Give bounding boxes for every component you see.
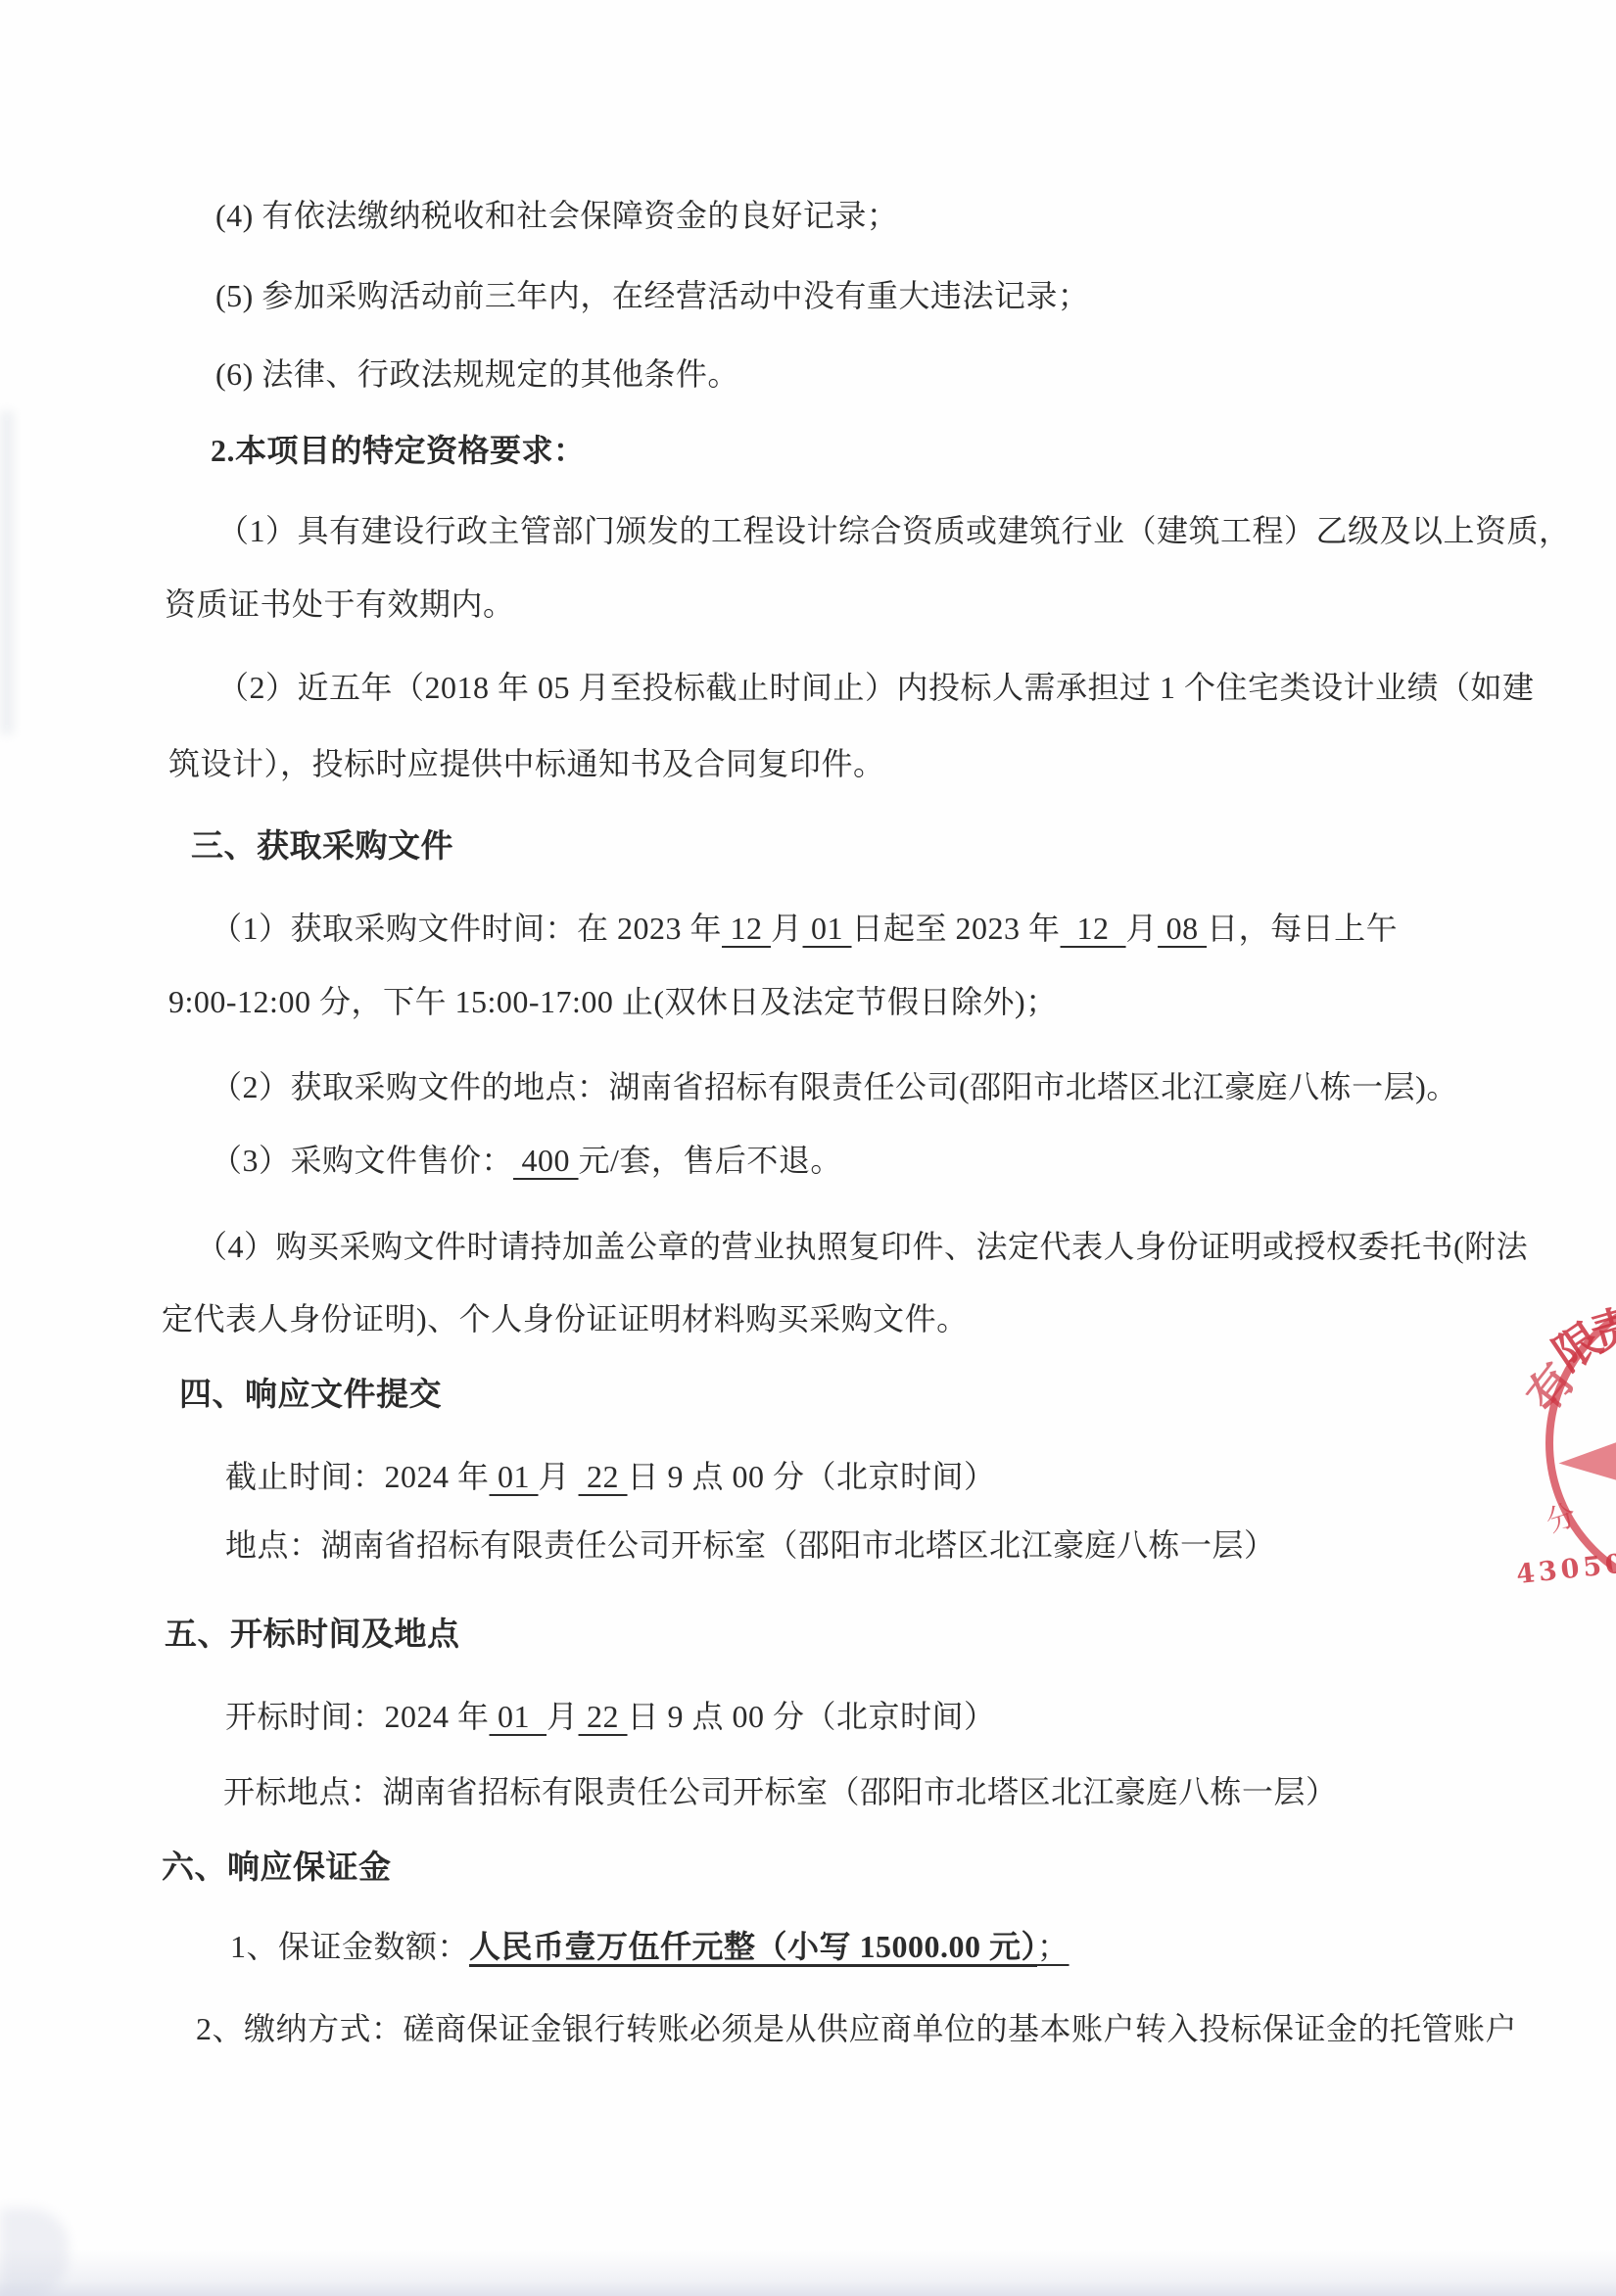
doc-text-segment: 08 [1158, 911, 1207, 946]
doc-line-21: 开标地点：湖南省招标有限责任公司开标室（邵阳市北塔区北江豪庭八栋一层） [223, 1772, 1338, 1811]
doc-text-segment: 01 [490, 1699, 547, 1734]
doc-line-23: 1、保证金数额：人民币壹万伍仟元整（小写 15000.00 元）； [230, 1927, 1069, 1966]
doc-text-segment: 五、开标时间及地点 [165, 1617, 460, 1653]
doc-text-segment: （1）获取采购文件时间：在 2023 年 [211, 911, 722, 946]
doc-text-segment: 日 9 点 00 分（北京时间） [628, 1459, 996, 1494]
doc-text-segment: 月 [539, 1459, 579, 1494]
doc-text-segment: 开标时间：2024 年 [225, 1699, 490, 1734]
doc-text-segment: （3）采购文件售价： [211, 1143, 513, 1178]
doc-line-15: 定代表人身份证明)、个人身份证证明材料购买采购文件。 [162, 1299, 969, 1338]
doc-text-segment: 22 [579, 1699, 628, 1734]
doc-text-segment: 12 [1061, 911, 1126, 946]
doc-text-segment: 日起至 2023 年 [852, 911, 1061, 946]
doc-text-segment: (5) 参加采购活动前三年内，在经营活动中没有重大违法记录； [215, 278, 1089, 313]
doc-line-13: （3）采购文件售价： 400 元/套，售后不退。 [211, 1141, 842, 1180]
doc-text-segment: 开标地点：湖南省招标有限责任公司开标室（邵阳市北塔区北江豪庭八栋一层） [223, 1774, 1338, 1809]
doc-text-segment: 12 [722, 911, 771, 946]
doc-line-5: （1）具有建设行政主管部门颁发的工程设计综合资质或建筑行业（建筑工程）乙级及以上… [217, 511, 1571, 550]
doc-text-segment: 筑设计），投标时应提供中标通知书及合同复印件。 [168, 746, 885, 781]
doc-line-2: (5) 参加采购活动前三年内，在经营活动中没有重大违法记录； [215, 276, 1089, 315]
document-page: (4) 有依法缴纳税收和社会保障资金的良好记录；(5) 参加采购活动前三年内，在… [0, 0, 1616, 2296]
doc-line-14: （4）购买采购文件时请持加盖公章的营业执照复印件、法定代表人身份证明或授权委托书… [196, 1227, 1528, 1266]
doc-text-segment: 月 [1126, 911, 1159, 946]
doc-line-8: 筑设计），投标时应提供中标通知书及合同复印件。 [168, 744, 885, 783]
doc-text-segment: 9:00-12:00 分，下午 15:00-17:00 止(双休日及法定节假日除… [168, 984, 1058, 1019]
doc-text-segment: 月 [547, 1699, 579, 1734]
doc-text-segment: 01 [490, 1459, 539, 1494]
doc-line-16: 四、响应文件提交 [179, 1376, 442, 1416]
doc-line-22: 六、响应保证金 [162, 1849, 392, 1889]
doc-text-segment: 2.本项目的特定资格要求： [211, 433, 586, 468]
doc-text-segment: 截止时间：2024 年 [225, 1459, 490, 1494]
doc-text-segment: 400 [513, 1143, 579, 1178]
doc-line-20: 开标时间：2024 年 01 月 22 日 9 点 00 分（北京时间） [225, 1697, 996, 1736]
doc-text-segment: 01 [803, 911, 852, 946]
doc-text-segment: （4）购买采购文件时请持加盖公章的营业执照复印件、法定代表人身份证明或授权委托书… [196, 1229, 1528, 1264]
doc-text-segment: （2）近五年（2018 年 05 月至投标截止时间止）内投标人需承担过 1 个住… [217, 670, 1535, 705]
doc-line-17: 截止时间：2024 年 01 月 22 日 9 点 00 分（北京时间） [225, 1457, 996, 1496]
doc-text-segment: 月 [771, 911, 803, 946]
doc-text-segment: 2、缴纳方式：磋商保证金银行转账必须是从供应商单位的基本账户转入投标保证金的托管… [196, 2011, 1517, 2046]
doc-line-10: （1）获取采购文件时间：在 2023 年 12 月 01 日起至 2023 年 … [211, 909, 1398, 948]
doc-text-segment: （1）具有建设行政主管部门颁发的工程设计综合资质或建筑行业（建筑工程）乙级及以上… [217, 513, 1571, 548]
doc-line-3: (6) 法律、行政法规规定的其他条件。 [215, 354, 739, 394]
doc-text-segment: 1、保证金数额： [230, 1929, 469, 1964]
doc-text-segment: 日 9 点 00 分（北京时间） [628, 1699, 996, 1734]
doc-line-11: 9:00-12:00 分，下午 15:00-17:00 止(双休日及法定节假日除… [168, 982, 1058, 1021]
doc-text-segment: 元/套，售后不退。 [579, 1143, 842, 1178]
doc-line-9: 三、获取采购文件 [191, 827, 453, 867]
scan-artifact-left-edge [0, 411, 14, 734]
scan-artifact-bottom-edge [0, 2249, 1616, 2296]
doc-line-19: 五、开标时间及地点 [165, 1616, 460, 1656]
doc-line-6: 资质证书处于有效期内。 [165, 585, 515, 624]
doc-line-12: （2）获取采购文件的地点：湖南省招标有限责任公司(邵阳市北塔区北江豪庭八栋一层)… [211, 1067, 1458, 1106]
doc-text-segment: 地点：湖南省招标有限责任公司开标室（邵阳市北塔区北江豪庭八栋一层） [225, 1527, 1276, 1563]
doc-text-segment: （2）获取采购文件的地点：湖南省招标有限责任公司(邵阳市北塔区北江豪庭八栋一层)… [211, 1069, 1458, 1104]
doc-line-7: （2）近五年（2018 年 05 月至投标截止时间止）内投标人需承担过 1 个住… [217, 668, 1535, 707]
doc-line-18: 地点：湖南省招标有限责任公司开标室（邵阳市北塔区北江豪庭八栋一层） [225, 1525, 1276, 1565]
doc-line-1: (4) 有依法缴纳税收和社会保障资金的良好记录； [215, 196, 898, 235]
doc-text-segment: 人民币壹万伍仟元整（小写 15000.00 元） [469, 1929, 1037, 1964]
doc-text-segment: ； [1037, 1929, 1069, 1964]
doc-text-segment: 四、响应文件提交 [179, 1378, 442, 1413]
doc-line-24: 2、缴纳方式：磋商保证金银行转账必须是从供应商单位的基本账户转入投标保证金的托管… [196, 2009, 1517, 2048]
doc-text-segment: (6) 法律、行政法规规定的其他条件。 [215, 356, 739, 392]
doc-text-segment: 六、响应保证金 [162, 1851, 392, 1886]
doc-text-segment: 日，每日上午 [1207, 911, 1398, 946]
doc-text-segment: 资质证书处于有效期内。 [165, 586, 515, 622]
doc-text-segment: (4) 有依法缴纳税收和社会保障资金的良好记录； [215, 198, 898, 233]
doc-text-segment: 三、获取采购文件 [191, 829, 453, 865]
doc-text-segment: 定代表人身份证明)、个人身份证证明材料购买采购文件。 [162, 1301, 969, 1336]
stamp-code-digits: 430500 [1515, 1546, 1616, 1590]
doc-line-4: 2.本项目的特定资格要求： [211, 431, 586, 470]
doc-text-segment: 22 [579, 1459, 628, 1494]
